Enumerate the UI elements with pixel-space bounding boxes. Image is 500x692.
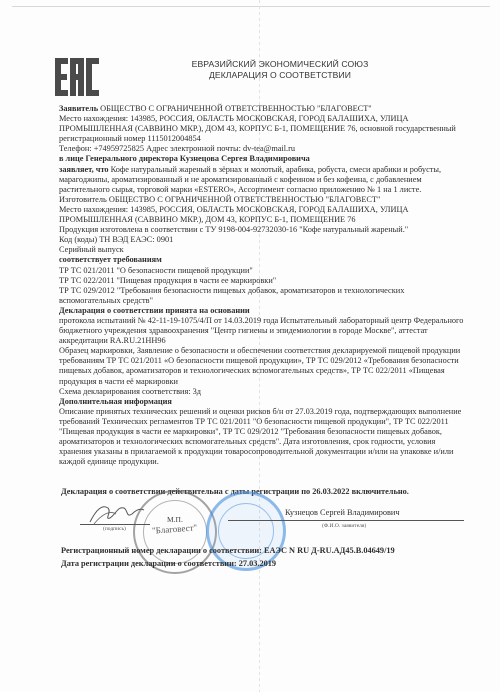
eac-letter-e-icon	[55, 58, 68, 96]
header-declaration-title: ДЕКЛАРАЦИЯ О СООТВЕТСТВИИ	[160, 70, 400, 81]
applicant-representative: в лице Генерального директора Кузнецова …	[59, 154, 464, 164]
basis-heading: Декларация о соответствии принята на осн…	[59, 306, 464, 316]
requirement-item: ТР ТС 022/2011 "Пищевая продукция в част…	[59, 276, 464, 286]
validity-statement: Декларация о соответствии действительна …	[61, 487, 409, 496]
release-type: Серийный выпуск	[59, 245, 464, 255]
applicant-contacts: Телефон: +74959725825 Адрес электронной …	[59, 144, 464, 154]
declaration-statement: заявляет, что Кофе натуральный жареный в…	[59, 165, 464, 195]
manufacturer-label: Изготовитель	[59, 195, 107, 204]
eac-letter-a-icon	[70, 58, 84, 96]
basis-labeling: Образец маркировки, Заявление о безопасн…	[59, 346, 464, 386]
declares-label: заявляет, что	[59, 165, 109, 174]
requirement-item: ТР ТС 029/2012 "Требования безопасности …	[59, 286, 464, 306]
seal-label: М.П.	[167, 515, 183, 524]
additional-info-text: Описание принятых технических решений и …	[59, 407, 464, 468]
eac-letter-c-icon	[86, 58, 99, 96]
applicant-line: Заявитель ОБЩЕСТВО С ОГРАНИЧЕННОЙ ОТВЕТС…	[59, 104, 464, 114]
requirements-heading: соответствует требованиям	[59, 255, 464, 265]
signature-line	[80, 524, 150, 525]
product-description: Кофе натуральный жареный в зёрнах и моло…	[59, 165, 441, 194]
declaration-scheme: Схема декларирования соответствия: 3д	[59, 387, 464, 397]
manufacturer-name: ОБЩЕСТВО С ОГРАНИЧЕННОЙ ОТВЕТСТВЕННОСТЬЮ…	[109, 195, 381, 204]
tn-ved-code: Код (коды) ТН ВЭД ЕАЭС: 0901	[59, 235, 464, 245]
manufacturer-address: Место нахождения: 143985, РОССИЯ, ОБЛАСТ…	[59, 205, 464, 225]
additional-info-heading: Дополнительная информация	[59, 397, 464, 407]
signer-name-line	[228, 520, 464, 521]
eac-logo-icon	[55, 58, 99, 96]
applicant-label: Заявитель	[59, 104, 98, 113]
registration-block: Регистрационный номер декларации о соотв…	[61, 545, 395, 570]
handwritten-signature-icon	[86, 500, 146, 526]
requirement-item: ТР ТС 021/2011 "О безопасности пищевой п…	[59, 266, 464, 276]
signer-name-caption: (Ф.И.О. заявителя)	[322, 523, 366, 529]
page-edge-line	[12, 6, 490, 7]
registration-date: Дата регистрации декларации о соответств…	[61, 558, 395, 571]
signer-name: Кузнецов Сергей Владимирович	[285, 508, 400, 517]
registration-number: Регистрационный номер декларации о соотв…	[61, 545, 395, 558]
applicant-address: Место нахождения: 143985, РОССИЯ, ОБЛАСТ…	[59, 114, 464, 144]
applicant-name: ОБЩЕСТВО С ОГРАНИЧЕННОЙ ОТВЕТСТВЕННОСТЬЮ…	[100, 104, 372, 113]
manufacturer-line: Изготовитель ОБЩЕСТВО С ОГРАНИЧЕННОЙ ОТВ…	[59, 195, 464, 205]
header-union-title: ЕВРАЗИЙСКИЙ ЭКОНОМИЧЕСКИЙ СОЮЗ	[160, 59, 400, 70]
seal-company-name: "Благовест"	[152, 522, 198, 535]
document-body: Заявитель ОБЩЕСТВО С ОГРАНИЧЕННОЙ ОТВЕТС…	[59, 104, 464, 467]
manufacturer-spec: Продукция изготовлена в соответствии с Т…	[59, 225, 464, 235]
basis-protocol: протокола испытаний № 42-11-19-1075/4/П …	[59, 316, 464, 346]
signature-caption: (подпись)	[103, 526, 126, 532]
document-header: ЕВРАЗИЙСКИЙ ЭКОНОМИЧЕСКИЙ СОЮЗ ДЕКЛАРАЦИ…	[160, 59, 400, 80]
applicant-address-label: Место нахождения:	[59, 114, 128, 123]
declaration-document: ЕВРАЗИЙСКИЙ ЭКОНОМИЧЕСКИЙ СОЮЗ ДЕКЛАРАЦИ…	[0, 0, 500, 692]
